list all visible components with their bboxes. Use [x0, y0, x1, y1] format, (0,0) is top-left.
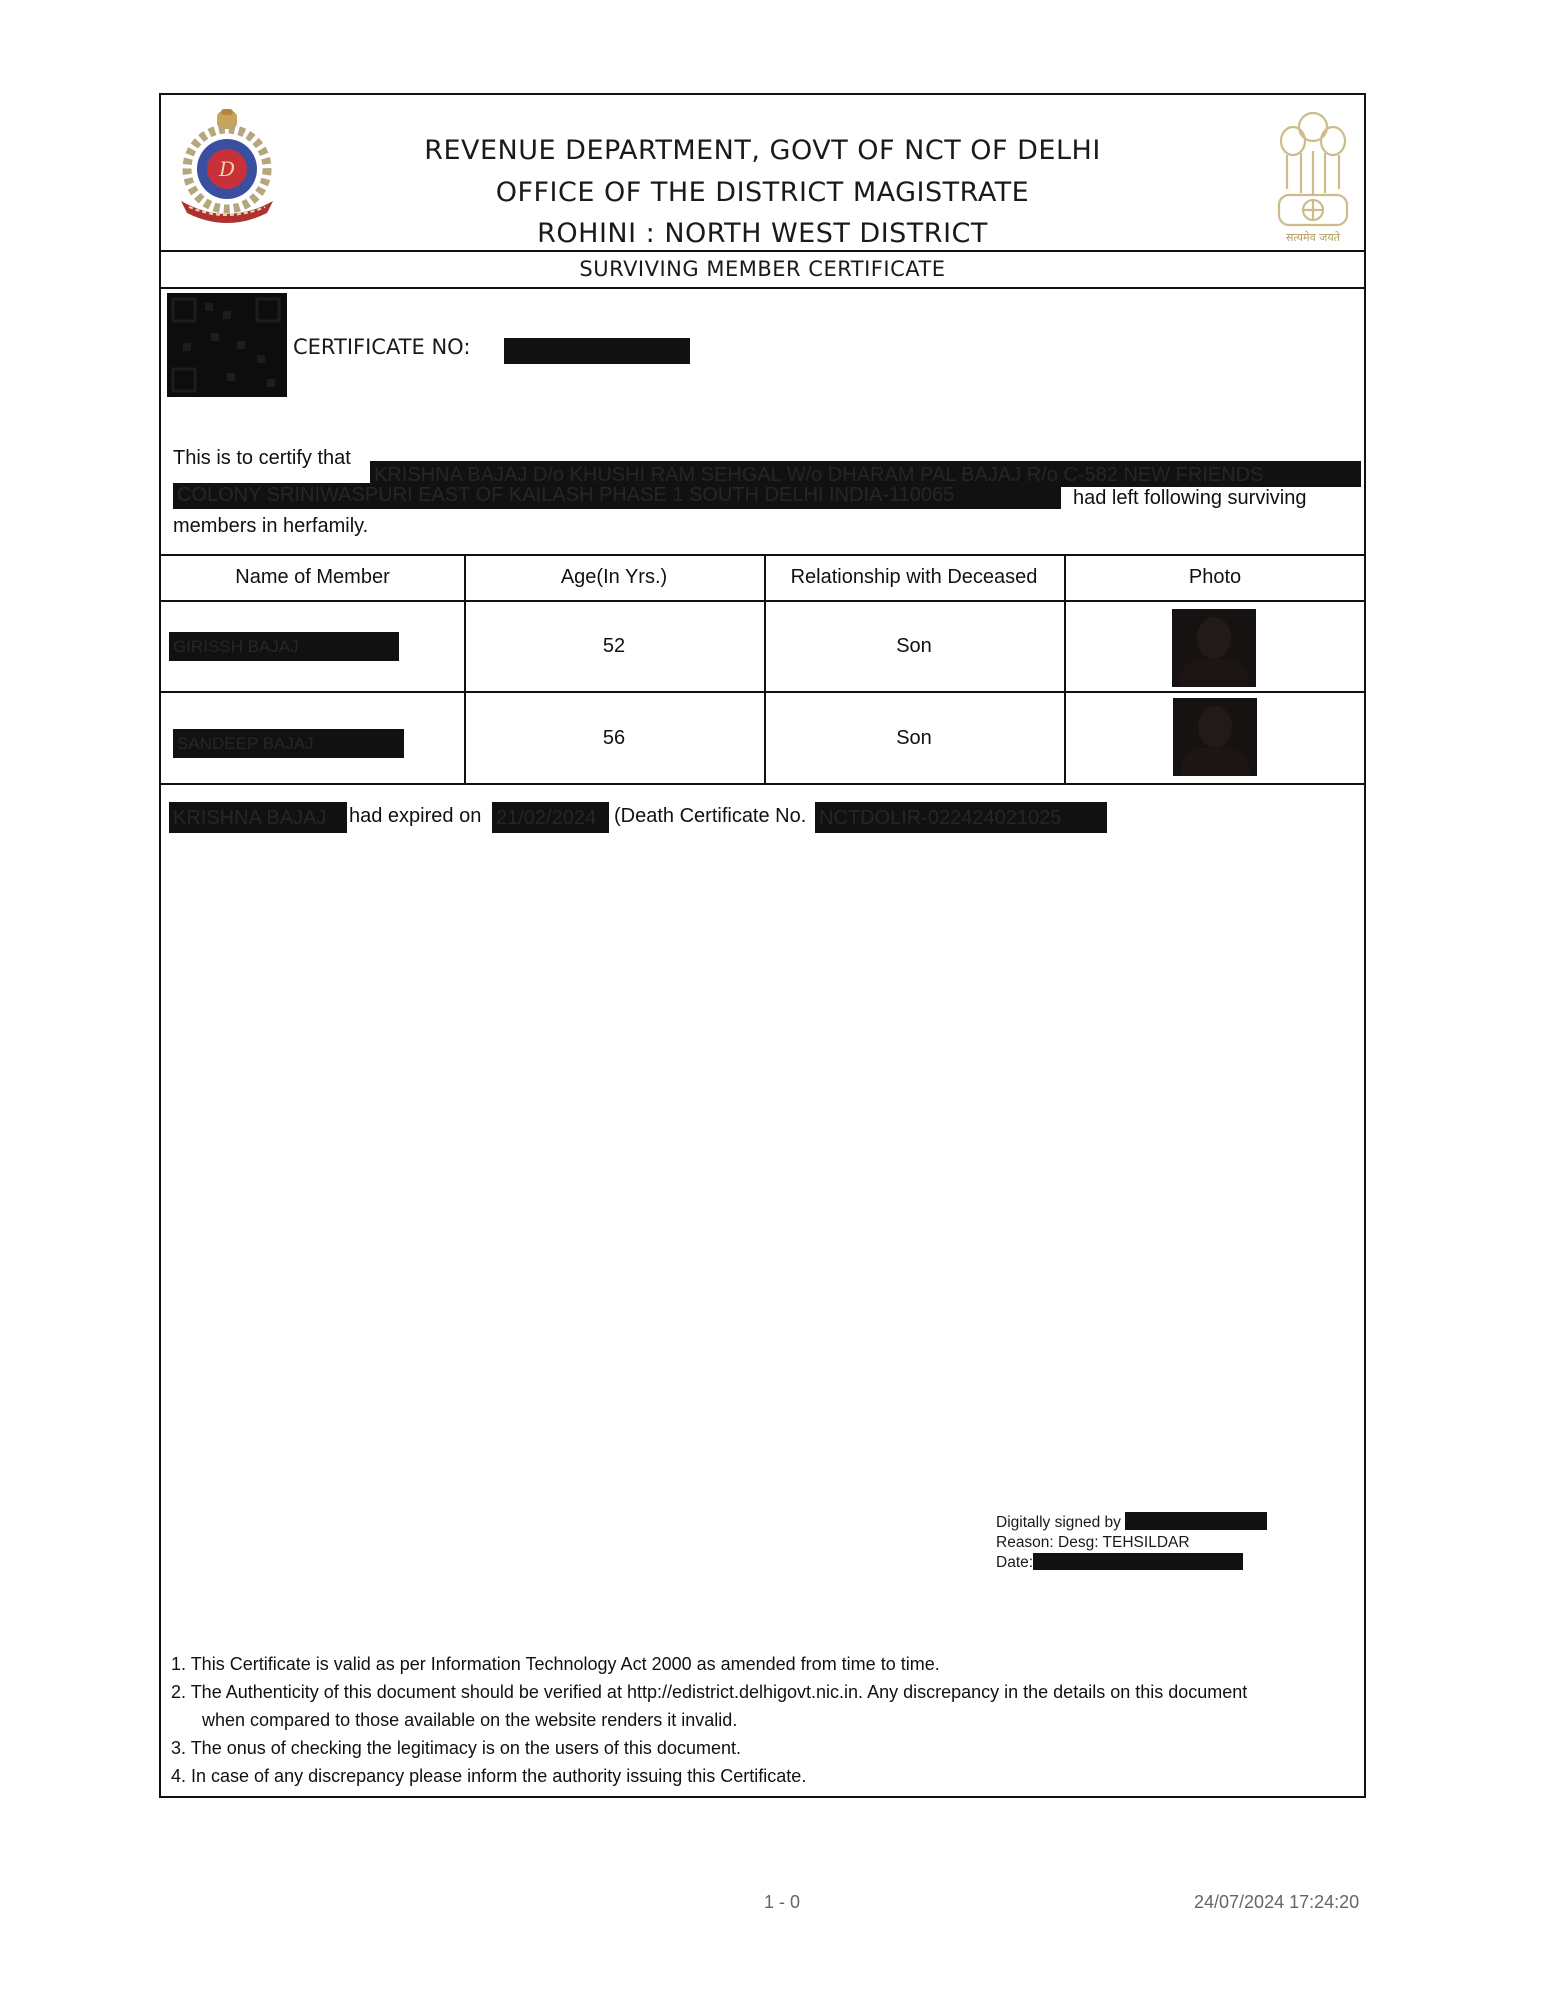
- member-photo-redacted: [1172, 609, 1256, 687]
- certify-prefix: This is to certify that: [173, 447, 351, 470]
- subtitle-divider: [161, 287, 1364, 289]
- table-top-border: [161, 554, 1364, 556]
- header-line-2: OFFICE OF THE DISTRICT MAGISTRATE: [161, 177, 1364, 208]
- table-row-divider: [161, 691, 1364, 693]
- note-item-continued: when compared to those available on the …: [171, 1706, 1247, 1734]
- ashoka-emblem-icon: सत्यमेव जयते: [1273, 105, 1353, 245]
- signature-date-label: Date:: [996, 1554, 1033, 1571]
- certificate-notes: 1. This Certificate is valid as per Info…: [171, 1650, 1247, 1790]
- death-date-redacted: 21/02/2024: [492, 802, 609, 833]
- print-timestamp: 24/07/2024 17:24:20: [1194, 1892, 1359, 1913]
- member-name-redacted: SANDEEP BAJAJ: [173, 729, 404, 758]
- svg-text:सत्यमेव जयते: सत्यमेव जयते: [1286, 231, 1341, 244]
- column-header-name: Name of Member: [161, 566, 464, 589]
- member-photo-redacted: [1173, 698, 1257, 776]
- signature-reason: Reason: Desg: TEHSILDAR: [996, 1533, 1267, 1553]
- certify-line-3: members in herfamily.: [173, 515, 368, 538]
- member-age: 52: [464, 635, 764, 658]
- header-line-3: ROHINI : NORTH WEST DISTRICT: [161, 218, 1364, 249]
- column-header-relationship: Relationship with Deceased: [764, 566, 1064, 589]
- certify-suffix: had left following surviving: [1073, 487, 1306, 510]
- certificate-frame: D REVENUE DEPARTMENT, GOVT OF NCT OF DEL…: [159, 93, 1366, 1798]
- delhi-police-emblem-icon: D: [175, 109, 279, 231]
- note-item: 4. In case of any discrepancy please inf…: [171, 1762, 1247, 1790]
- digital-signature-block: Digitally signed by Reason: Desg: TEHSIL…: [996, 1512, 1267, 1573]
- death-certificate-number-redacted: NCTDOLIR-022424021025: [815, 802, 1107, 833]
- page-number: 1 - 0: [764, 1892, 800, 1913]
- table-header-divider: [161, 600, 1364, 602]
- qr-code-icon: [167, 293, 287, 397]
- signed-by-label: Digitally signed by: [996, 1514, 1121, 1531]
- note-item: 3. The onus of checking the legitimacy i…: [171, 1734, 1247, 1762]
- deceased-details-redacted-line-2: COLONY SRINIWASPURI EAST OF KAILASH PHAS…: [173, 483, 1061, 509]
- member-age: 56: [464, 727, 764, 750]
- note-item: 1. This Certificate is valid as per Info…: [171, 1650, 1247, 1678]
- column-header-photo: Photo: [1064, 566, 1366, 589]
- member-relationship: Son: [764, 635, 1064, 658]
- certificate-title: SURVIVING MEMBER CERTIFICATE: [161, 257, 1364, 281]
- column-header-age: Age(In Yrs.): [464, 566, 764, 589]
- signature-date-redacted: [1033, 1553, 1243, 1570]
- signer-name-redacted: [1125, 1512, 1267, 1530]
- deceased-name-redacted: KRISHNA BAJAJ: [169, 802, 347, 833]
- member-name-redacted: GIRISSH BAJAJ: [169, 632, 399, 661]
- note-item: 2. The Authenticity of this document sho…: [171, 1678, 1247, 1706]
- member-relationship: Son: [764, 727, 1064, 750]
- certificate-number-label: CERTIFICATE NO:: [293, 335, 470, 359]
- certificate-number-redacted: [504, 338, 690, 364]
- header-divider: [161, 250, 1364, 252]
- death-certificate-label: (Death Certificate No.: [614, 805, 806, 828]
- expired-text: had expired on: [349, 805, 481, 828]
- header-line-1: REVENUE DEPARTMENT, GOVT OF NCT OF DELHI: [161, 135, 1364, 166]
- table-bottom-border: [161, 783, 1364, 785]
